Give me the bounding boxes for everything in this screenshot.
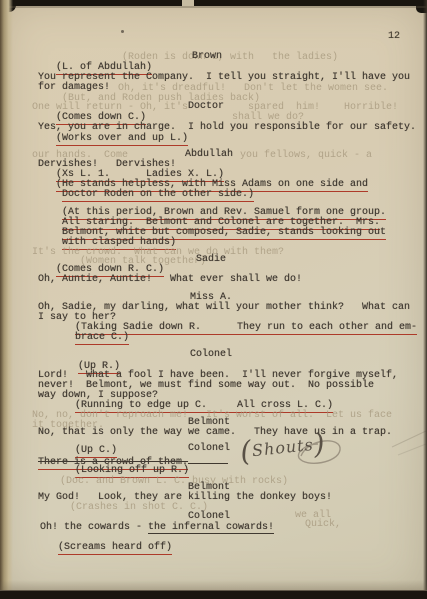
character-heading-colonel: Colonel bbox=[188, 512, 230, 522]
photo-bottom-border bbox=[0, 591, 427, 599]
ghost-line: (Roden is down L, with the ladies) bbox=[122, 53, 338, 63]
stage-direction: brace C.) bbox=[75, 333, 129, 345]
character-heading-sadie: Sadie bbox=[196, 255, 226, 265]
page-binding-edge bbox=[0, 0, 13, 599]
stage-direction: (Screams heard off) bbox=[58, 543, 172, 555]
ghost-line: (Doc. and Brown L. C. busy with rocks) bbox=[60, 477, 288, 487]
stage-direction: (Works over and up L.) bbox=[56, 134, 188, 146]
page-bottom-shade bbox=[0, 580, 427, 590]
dialogue-line: No, that is only the way we came. They h… bbox=[38, 428, 392, 438]
dialogue-line: for damages! bbox=[38, 83, 110, 93]
ghost-line: Quick, bbox=[305, 520, 341, 530]
character-heading-doctor: Doctor bbox=[188, 102, 224, 112]
stage-direction: Doctor Roden on the other side.) bbox=[62, 190, 254, 202]
character-heading-abdullah: Abdullah bbox=[185, 150, 233, 160]
dialogue-line: Yes, you are in charge. I hold you respo… bbox=[38, 123, 416, 133]
handwritten-word: Shouts bbox=[251, 435, 314, 460]
page-number: 12 bbox=[388, 31, 400, 42]
character-heading-colonel: Colonel bbox=[190, 350, 232, 360]
character-heading-colonel: Colonel bbox=[188, 444, 230, 454]
character-heading-brown: Brown bbox=[192, 52, 222, 62]
photo-top-border-shadow bbox=[0, 6, 427, 8]
dialogue-line: Oh, Auntie, Auntie! What ever shall we d… bbox=[38, 275, 302, 285]
page-right-edge bbox=[423, 0, 427, 599]
paper-speck bbox=[121, 30, 124, 33]
ghost-line: you fellows, quick - a bbox=[240, 151, 372, 161]
dialogue-line: Oh! the cowards - the infernal cowards! bbox=[40, 523, 274, 534]
script-page-photo: (Roden is down L, with the ladies)Brown(… bbox=[0, 0, 427, 599]
